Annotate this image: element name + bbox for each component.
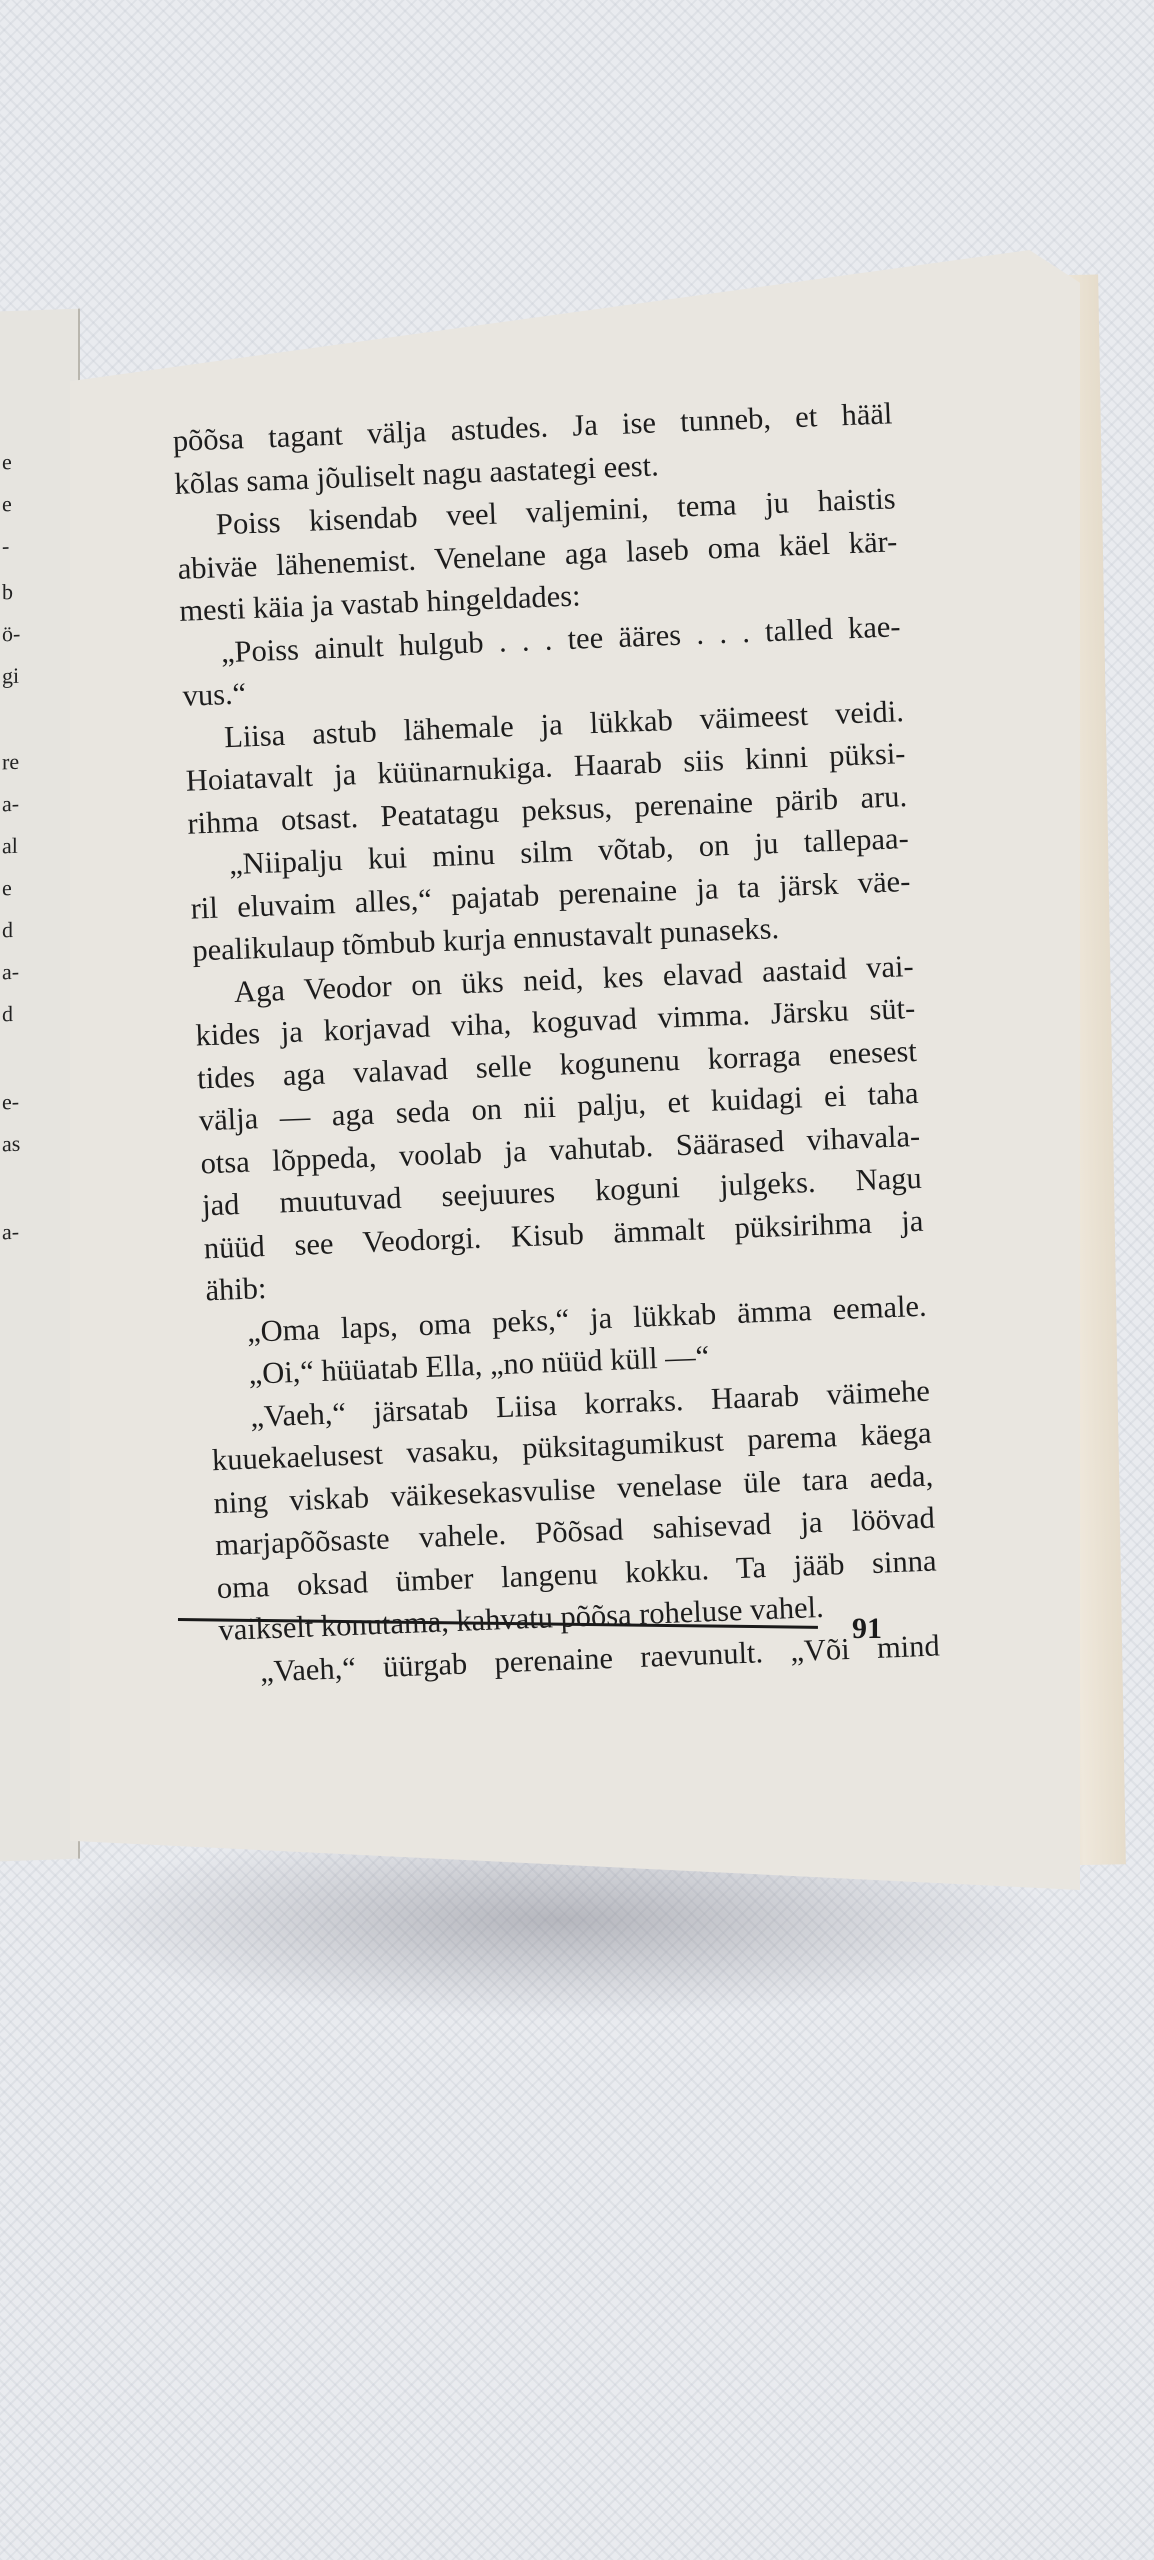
left-page-fragment: e bbox=[2, 877, 12, 899]
left-page-fragment: e bbox=[2, 451, 12, 473]
left-page-fragment: d bbox=[2, 919, 13, 941]
left-page-fragment: a- bbox=[2, 961, 19, 984]
left-page-fragment: ö- bbox=[2, 623, 20, 646]
left-page-fragment: - bbox=[2, 535, 9, 557]
left-page-fragment: gi bbox=[2, 665, 19, 688]
page-text: põõsa tagant välja astudes. Ja ise tunne… bbox=[172, 392, 940, 1694]
page-number: 91 bbox=[852, 1612, 882, 1646]
left-page-fragment: b bbox=[2, 581, 13, 603]
left-page-fragment: a- bbox=[2, 1221, 19, 1244]
left-page-fragment: e- bbox=[2, 1091, 19, 1114]
left-page-fragment: as bbox=[2, 1133, 20, 1156]
left-page-fragment: re bbox=[2, 751, 19, 774]
left-page-fragment: d bbox=[2, 1003, 13, 1025]
left-page-fragment: e bbox=[2, 493, 12, 515]
left-page-edge: e e - b ö- gi re a- al e d a- d e- as a- bbox=[0, 309, 80, 1862]
left-page-fragment: a- bbox=[2, 793, 19, 816]
left-page-fragment: al bbox=[2, 835, 18, 858]
